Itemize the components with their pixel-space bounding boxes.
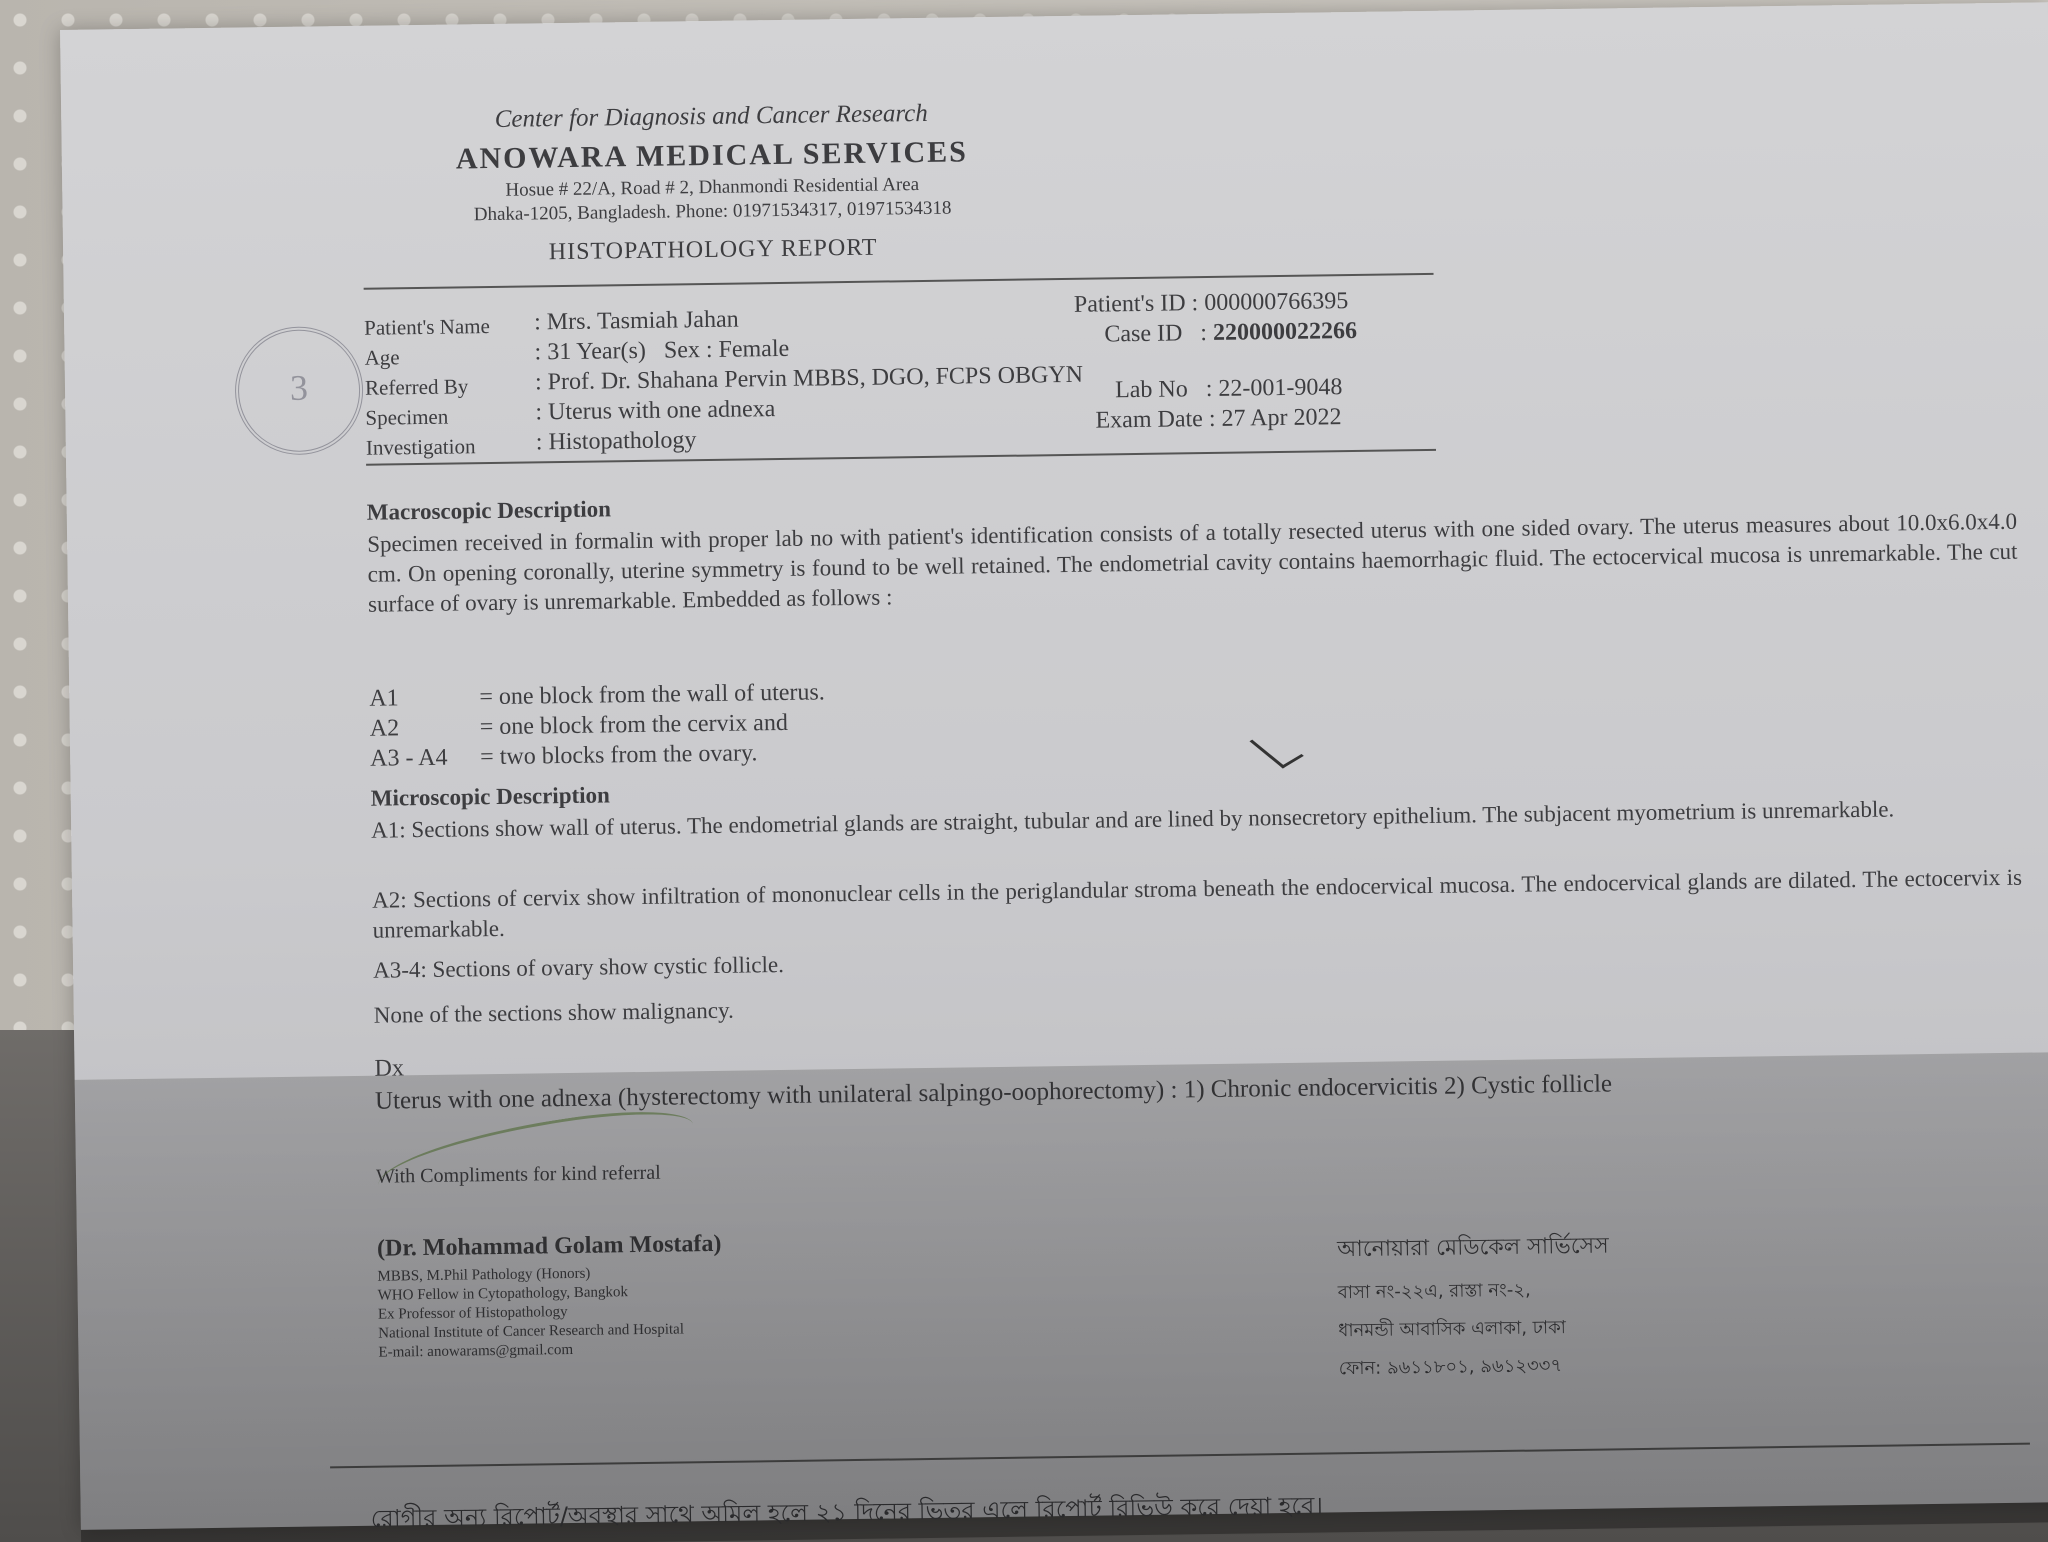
block-row: A3 - A4= two blocks from the ovary. bbox=[370, 740, 758, 772]
microscopic-a2: A2: Sections of cervix show infiltration… bbox=[372, 863, 2023, 946]
bengali-org-name: আনোয়ারা মেডিকেল সার্ভিসেস bbox=[1337, 1228, 1609, 1269]
patient-name: : Mrs. Tasmiah Jahan bbox=[534, 307, 739, 337]
report-page: Center for Diagnosis and Cancer Research… bbox=[60, 2, 2048, 1530]
report-title: HISTOPATHOLOGY REPORT bbox=[63, 228, 1363, 273]
specimen-label: Specimen bbox=[365, 405, 448, 431]
lab-no-row: Lab No : 22-001-9048 bbox=[1115, 374, 1343, 404]
divider-bottom bbox=[366, 449, 1436, 466]
block-row: A2= one block from the cervix and bbox=[370, 710, 788, 743]
diagnosis-label: Dx bbox=[374, 1055, 404, 1082]
bengali-address: বাসা নং-২২এ, রাস্তা নং-২, ধানমন্ডী আবাসি… bbox=[1337, 1268, 1759, 1388]
investigation-label: Investigation bbox=[366, 434, 476, 461]
referred-by-label: Referred By bbox=[365, 374, 469, 400]
checkmark-icon bbox=[1249, 729, 1303, 769]
specimen-value: : Uterus with one adnexa bbox=[535, 396, 775, 426]
doctor-credentials: MBBS, M.Phil Pathology (Honors) WHO Fell… bbox=[377, 1261, 878, 1363]
investigation-value: : Histopathology bbox=[536, 427, 697, 456]
microscopic-heading: Microscopic Description bbox=[371, 782, 610, 811]
patient-id-row: Patient's ID : 000000766395 bbox=[1074, 288, 1349, 319]
age-label: Age bbox=[364, 345, 399, 370]
referred-by-value: : Prof. Dr. Shahana Pervin MBBS, DGO, FC… bbox=[535, 362, 1083, 397]
block-row: A1= one block from the wall of uterus. bbox=[369, 679, 825, 712]
microscopic-a1: A1: Sections show wall of uterus. The en… bbox=[371, 793, 2021, 846]
footer-divider bbox=[330, 1443, 2030, 1469]
macroscopic-text: Specimen received in formalin with prope… bbox=[367, 507, 2018, 620]
patient-name-label: Patient's Name bbox=[364, 314, 490, 341]
malignancy-statement: None of the sections show malignancy. bbox=[374, 978, 2024, 1031]
age-value: : 31 Year(s) Sex : Female bbox=[534, 336, 789, 367]
divider-top bbox=[364, 273, 1434, 290]
exam-date-row: Exam Date : 27 Apr 2022 bbox=[1095, 404, 1341, 434]
case-id-row: Case ID : 220000022266 bbox=[1104, 318, 1357, 349]
doctor-name: (Dr. Mohammad Golam Mostafa) bbox=[377, 1231, 722, 1263]
diagnosis-text: Uterus with one adnexa (hysterectomy wit… bbox=[375, 1063, 2025, 1118]
macroscopic-heading: Macroscopic Description bbox=[367, 496, 612, 525]
stamp-seal-icon: 3 bbox=[234, 326, 364, 456]
